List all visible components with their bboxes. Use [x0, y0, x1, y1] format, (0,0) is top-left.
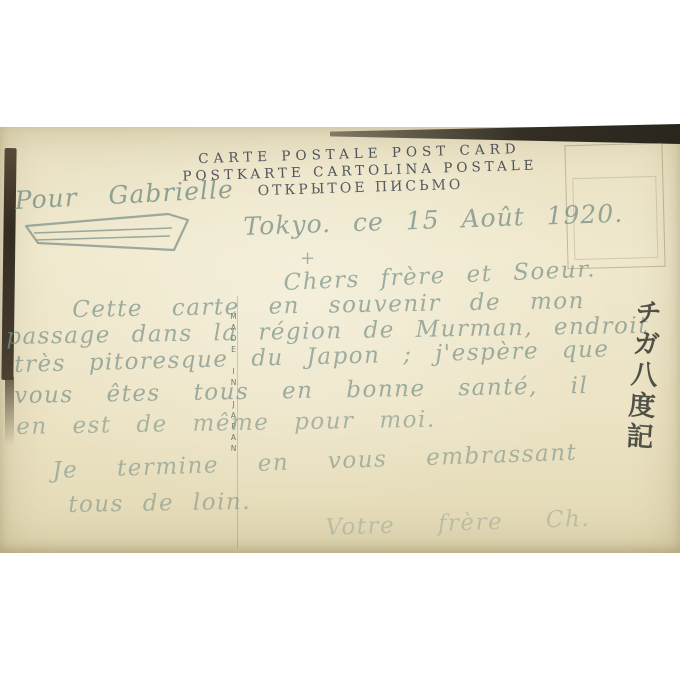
boat-sketch — [22, 210, 197, 258]
card-left-edge-object-fade — [5, 376, 14, 446]
message-line-8: tous de loin. — [68, 489, 251, 518]
postcard-photo: CARTE POSTALE POST CARD POSTKARTE CARTOL… — [0, 0, 680, 680]
plus-mark: + — [300, 248, 315, 269]
